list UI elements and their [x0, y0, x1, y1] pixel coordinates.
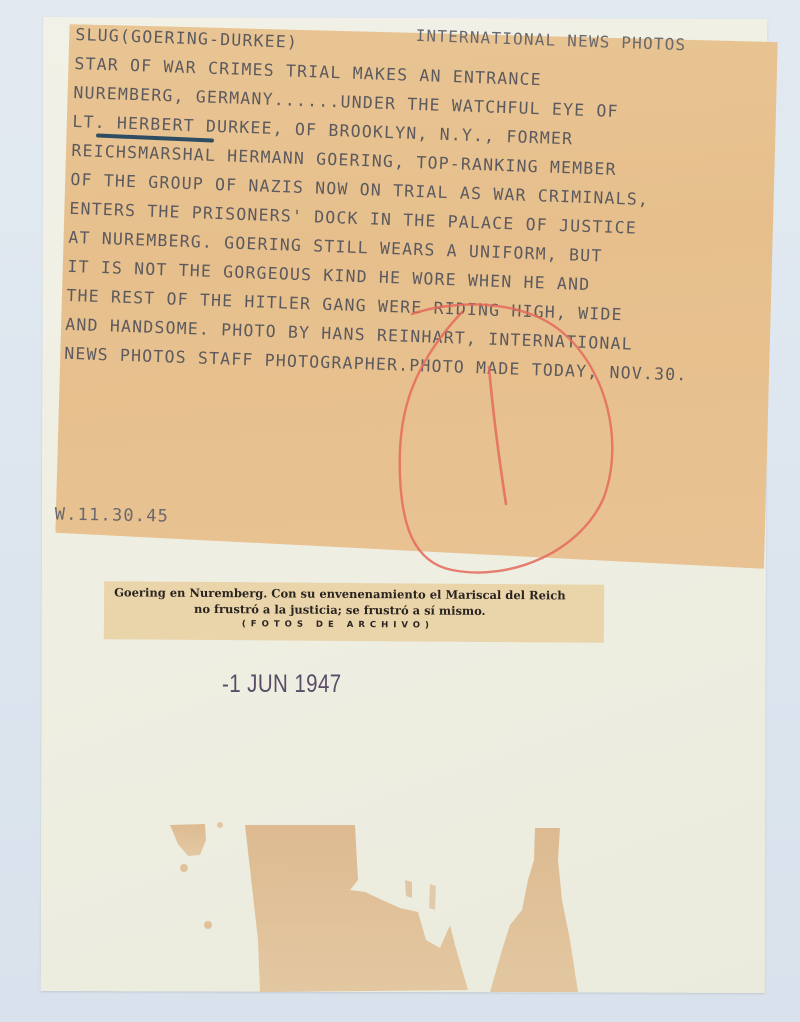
spanish-caption-line-1: Goering en Nuremberg. Con su envenenamie… — [114, 585, 566, 602]
glue-stain-mark — [150, 800, 610, 992]
spanish-newspaper-caption: Goering en Nuremberg. Con su envenenamie… — [104, 581, 604, 642]
spanish-caption-credit: (FOTOS DE ARCHIVO) — [242, 619, 434, 630]
date-code: W.11.30.45 — [55, 505, 170, 527]
spanish-caption-line-2: no frustró a la justicia; se frustró a s… — [194, 602, 486, 618]
date-stamp: -1 JUN 1947 — [222, 670, 342, 699]
red-pencil-circle-icon — [392, 292, 624, 578]
